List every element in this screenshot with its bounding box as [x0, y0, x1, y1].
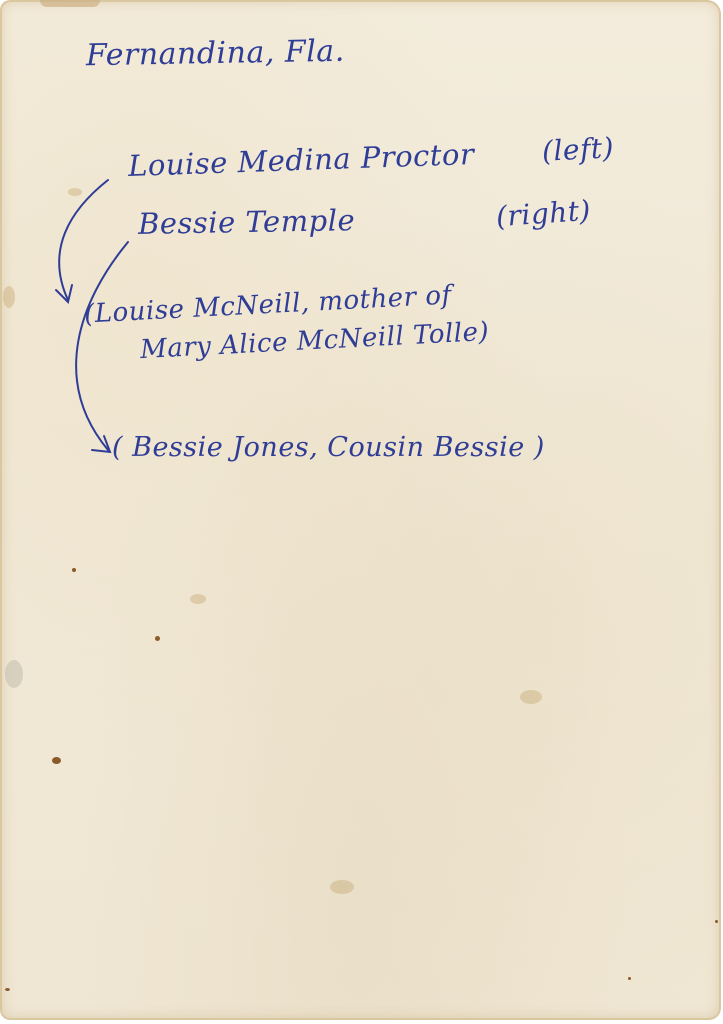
subject-name-left: Louise Medina Proctor	[128, 137, 475, 183]
stain-spot	[72, 568, 76, 572]
arrow-to-louise-note	[59, 180, 108, 300]
stain-spot	[3, 286, 15, 308]
stain-spot	[155, 636, 160, 641]
place-label: Fernandina, Fla.	[86, 34, 345, 74]
stain-spot	[628, 977, 631, 980]
subject-position-left: (left)	[541, 131, 615, 168]
subject-note-right: ( Bessie Jones, Cousin Bessie )	[112, 432, 545, 463]
arrowhead-bessie	[92, 436, 110, 452]
stain-spot	[520, 690, 542, 704]
stain-spot	[190, 594, 206, 604]
subject-note-left-line2: Mary Alice McNeill Tolle)	[139, 317, 489, 365]
subject-position-right: (right)	[495, 194, 592, 234]
stain-spot	[5, 988, 10, 991]
stain-spot	[52, 757, 61, 764]
stain-spot	[330, 880, 354, 894]
worn-edge	[40, 0, 100, 7]
arrowhead-louise	[56, 285, 72, 302]
arrow-to-bessie-note	[76, 242, 128, 450]
photo-card-back: Fernandina, Fla. Louise Medina Proctor (…	[0, 0, 721, 1020]
stain-spot	[715, 920, 718, 923]
stain-spot	[68, 188, 82, 196]
stain-spot	[5, 660, 23, 688]
subject-name-right: Bessie Temple	[138, 203, 356, 241]
